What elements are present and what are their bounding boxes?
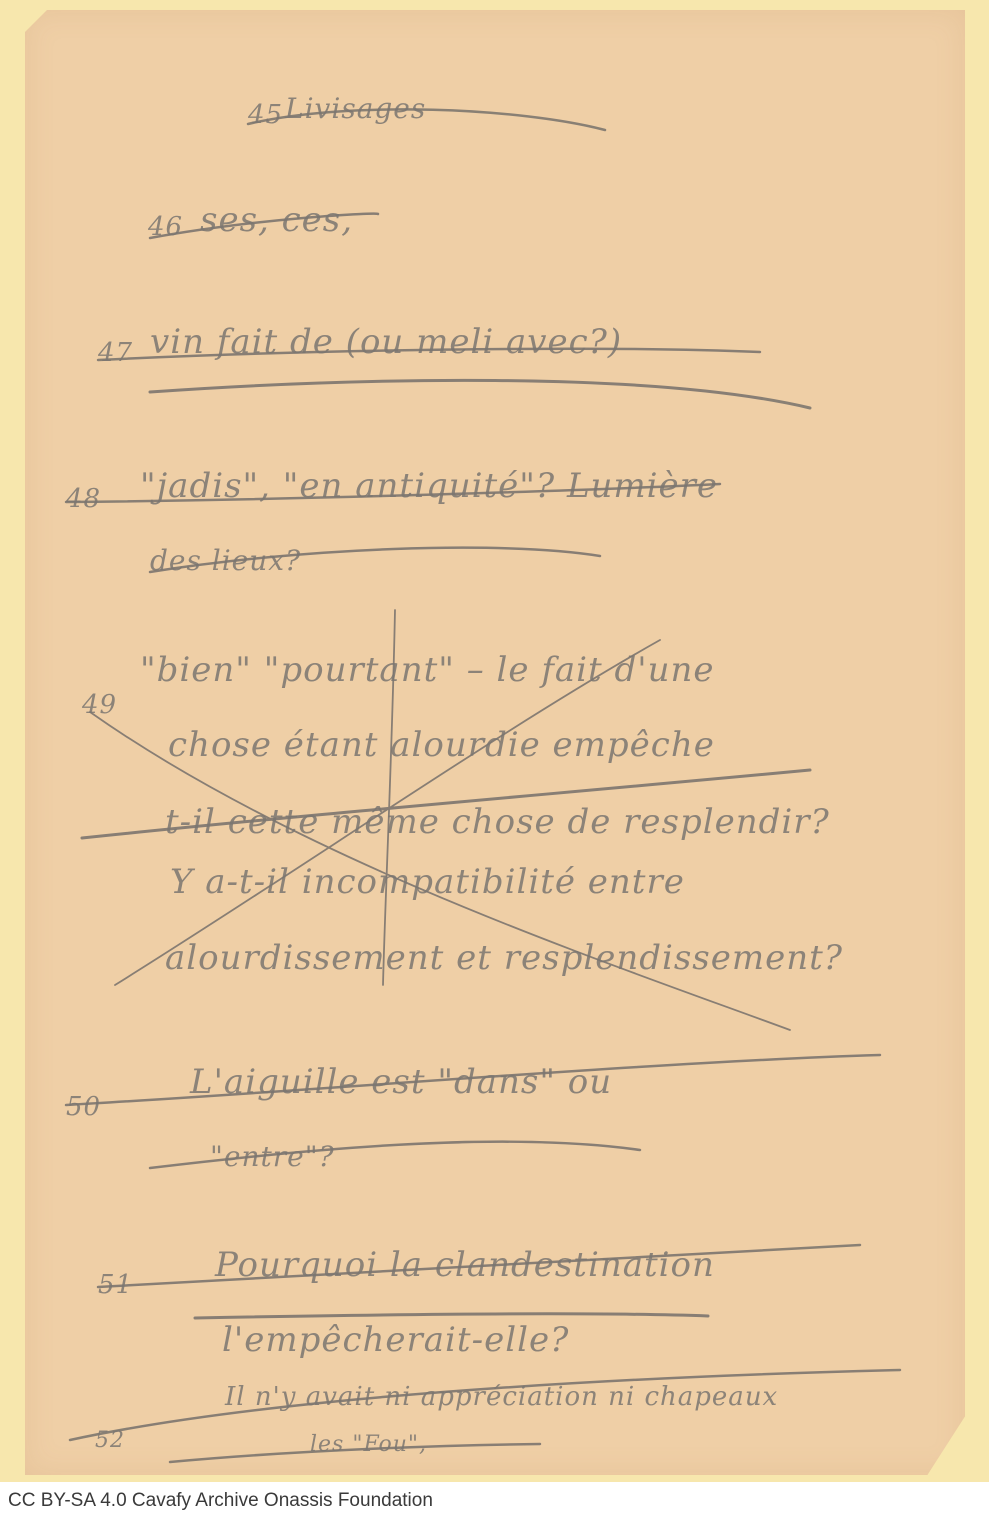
entry-text: vin fait de (ou meli avec?) [150,322,622,362]
entry-text: les "Fou", [310,1432,427,1457]
entry-text: Y a-t-il incompatibilité entre [170,862,685,902]
entry-text: chose étant alourdie empêche [168,725,715,765]
entry-text: L'aiguille est "dans" ou [190,1062,612,1102]
entry-text: Il n'y avait ni appréciation ni chapeaux [225,1382,778,1412]
entry-text: "jadis", "en antiquité"? Lumière [140,466,718,506]
entry-text: t-il cette même chose de resplendir? [165,802,830,842]
entry-number: 50 [66,1092,101,1122]
entry-number: 45 [248,100,283,130]
entry-number: 52 [95,1428,125,1453]
entry-text: "bien" "pourtant" – le fait d'une [140,650,715,690]
entry-text: alourdissement et resplendissement? [165,938,843,978]
entry-number: 48 [66,484,101,514]
entry-text: l'empêcherait-elle? [222,1320,569,1360]
entry-number: 51 [98,1270,133,1300]
license-credit: CC BY-SA 4.0 Cavafy Archive Onassis Foun… [8,1490,433,1512]
entry-number: 49 [82,690,117,720]
entry-text: Pourquoi la clandestination [215,1245,715,1285]
entry-text: Livisages [285,92,426,125]
entry-number: 46 [148,212,183,242]
entry-number: 47 [98,338,133,368]
entry-text: des lieux? [150,544,301,577]
entry-text: ses, ces, [200,200,353,240]
entry-text: "entre"? [210,1140,335,1173]
